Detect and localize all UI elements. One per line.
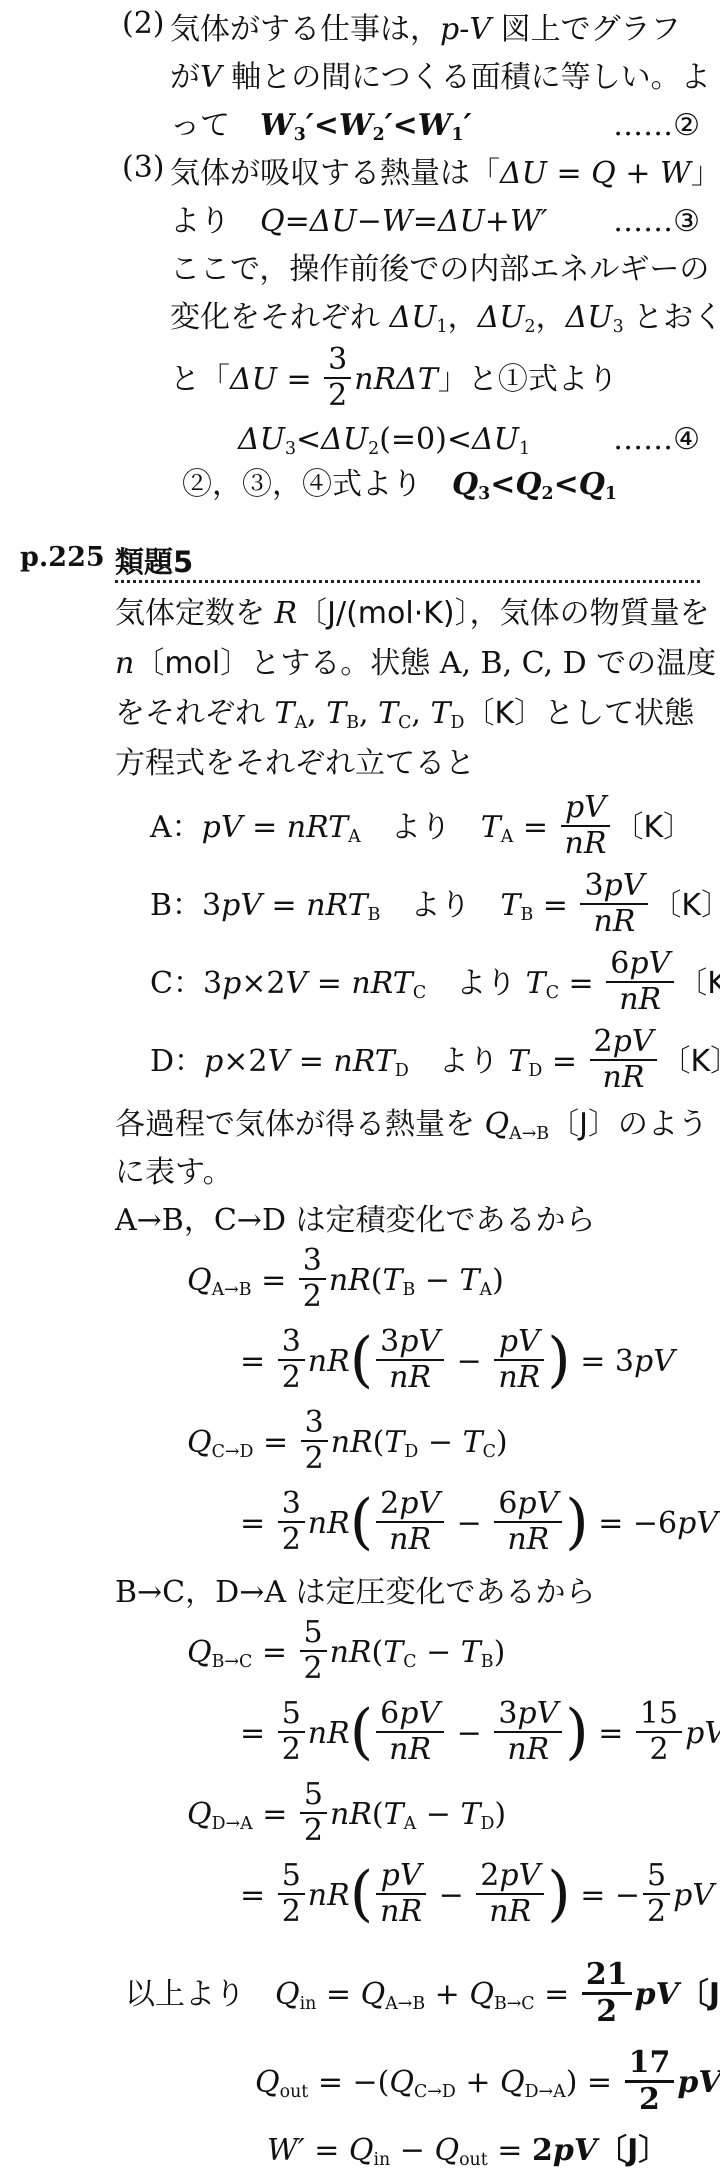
fraction: 152 — [636, 1697, 682, 1766]
equation-line: B：3pV = nRTB より TB = 3pVnR〔K〕 — [115, 867, 700, 945]
equation-line: = 32nR(2pVnR − 6pVnR) = −6pV — [115, 1479, 700, 1569]
equation-line: = 52nR(pVnR − 2pVnR) = −52pV — [115, 1851, 700, 1941]
textbook-solution-page: (2) 気体がする仕事は，p-V 図上でグラフがV 軸との間につくる面積に等しい… — [0, 0, 720, 2173]
text-line: ここで，操作前後での内部エネルギーの — [170, 246, 700, 294]
text-line: 気体がする仕事は，p-V 図上でグラフ — [170, 6, 700, 54]
equation-line: QA→B = 32nR(TB − TA) — [115, 1245, 700, 1317]
fraction: 52 — [643, 1859, 670, 1928]
item-2-marker: (2) — [122, 6, 170, 150]
fraction: pVnR — [376, 1859, 426, 1928]
text-line: より Q=ΔU−W=ΔU+W′……③ — [170, 198, 700, 246]
page-reference: p.225 — [20, 542, 105, 573]
fraction: pVnR — [561, 791, 611, 860]
equation-number-badge: ……③ — [613, 198, 700, 246]
text-line: 気体が吸収する熱量は「ΔU = Q + W」 — [170, 150, 700, 198]
equation-number-badge: ……④ — [613, 418, 700, 462]
text-line: 気体定数を R〔J/(mol·K)〕，気体の物質量を — [115, 589, 700, 639]
text-line: A→B，C→D は定積変化であるから — [115, 1197, 700, 1245]
equation-line: = 52nR(6pVnR − 3pVnR) = 152pV — [115, 1689, 700, 1779]
fraction: 172 — [625, 2046, 675, 2116]
equation-line: と「ΔU = 32nRΔT」と①式より — [170, 342, 700, 418]
equation-line: A：pV = nRTA より TA = pVnR〔K〕 — [115, 789, 700, 867]
text-line: 方程式をそれぞれ立てると — [115, 739, 700, 789]
fraction: 32 — [324, 343, 351, 412]
equation-line: Qout = −(QC→D + QD→A) = 172pV〔J〕 — [115, 2039, 700, 2127]
solution-item-2: (2) 気体がする仕事は，p-V 図上でグラフがV 軸との間につくる面積に等しい… — [122, 6, 720, 150]
solution-item-3: (3) 気体が吸収する熱量は「ΔU = Q + W」より Q=ΔU−W=ΔU+W… — [122, 150, 720, 508]
equation-line: D：p×2V = nRTD より TD = 2pVnR〔K〕 — [115, 1023, 700, 1101]
fraction: 52 — [300, 1616, 327, 1685]
equation-line: ΔU3<ΔU2(=0)<ΔU1……④ — [170, 418, 700, 462]
fraction: 52 — [300, 1778, 327, 1847]
fraction: 6pVnR — [606, 947, 674, 1016]
fraction: 2pVnR — [376, 1487, 444, 1556]
fraction: 32 — [278, 1325, 305, 1394]
equation-line: C：3p×2V = nRTC より TC = 6pVnR〔K〕 — [115, 945, 700, 1023]
text-line: って W3′<W2′<W1′……② — [170, 102, 700, 150]
fraction: 2pVnR — [590, 1025, 658, 1094]
text-line: B→C，D→A は定圧変化であるから — [115, 1569, 700, 1617]
text-line: がV 軸との間につくる面積に等しい。よ — [170, 54, 700, 102]
item-3-marker: (3) — [122, 150, 170, 508]
text-line: 各過程で気体が得る熱量を QA→B〔J〕のよう — [115, 1101, 700, 1149]
section-header: p.225 類題5 — [115, 540, 700, 583]
section-title: 類題5 — [115, 540, 193, 581]
text-line: に表す。 — [115, 1149, 700, 1197]
fraction: 212 — [582, 1958, 632, 2028]
text-line: 変化をそれぞれ ΔU1，ΔU2，ΔU3 とおく — [170, 294, 700, 342]
equation-number-badge: ……② — [613, 102, 700, 150]
equation-line: QB→C = 52nR(TC − TB) — [115, 1617, 700, 1689]
fraction: 32 — [299, 1244, 326, 1313]
fraction: 3pVnR — [494, 1697, 562, 1766]
fraction: 6pVnR — [494, 1487, 562, 1556]
equation-line: = 32nR(3pVnR − pVnR) = 3pV — [115, 1317, 700, 1407]
fraction: 6pVnR — [376, 1697, 444, 1766]
fraction: 32 — [278, 1487, 305, 1556]
item-3-text: 気体が吸収する熱量は「ΔU = Q + W」より Q=ΔU−W=ΔU+W′……③… — [170, 150, 700, 508]
text-line: n〔mol〕とする。状態 A, B, C, D での温度 — [115, 639, 700, 689]
fraction: 3pVnR — [580, 869, 648, 938]
fraction: 52 — [278, 1697, 305, 1766]
item-2-text: 気体がする仕事は，p-V 図上でグラフがV 軸との間につくる面積に等しい。よって… — [170, 6, 700, 150]
fraction: pVnR — [494, 1325, 544, 1394]
fraction: 32 — [301, 1406, 328, 1475]
fraction: 3pVnR — [376, 1325, 444, 1394]
equation-line: W′ = Qin − Qout = 2pV〔J〕 — [115, 2127, 700, 2173]
solution-body: 気体定数を R〔J/(mol·K)〕，気体の物質量をn〔mol〕とする。状態 A… — [115, 589, 700, 2173]
equation-line: 以上より Qin = QA→B + QB→C = 212pV〔J〕 — [115, 1951, 700, 2039]
equation-line: QD→A = 52nR(TA − TD) — [115, 1779, 700, 1851]
fraction: 52 — [278, 1859, 305, 1928]
fraction: 2pVnR — [476, 1859, 544, 1928]
text-line: ②，③，④式より Q3<Q2<Q1 — [170, 462, 700, 508]
text-line: をそれぞれ TA, TB, TC, TD〔K〕として状態 — [115, 689, 700, 739]
equation-line: QC→D = 32nR(TD − TC) — [115, 1407, 700, 1479]
